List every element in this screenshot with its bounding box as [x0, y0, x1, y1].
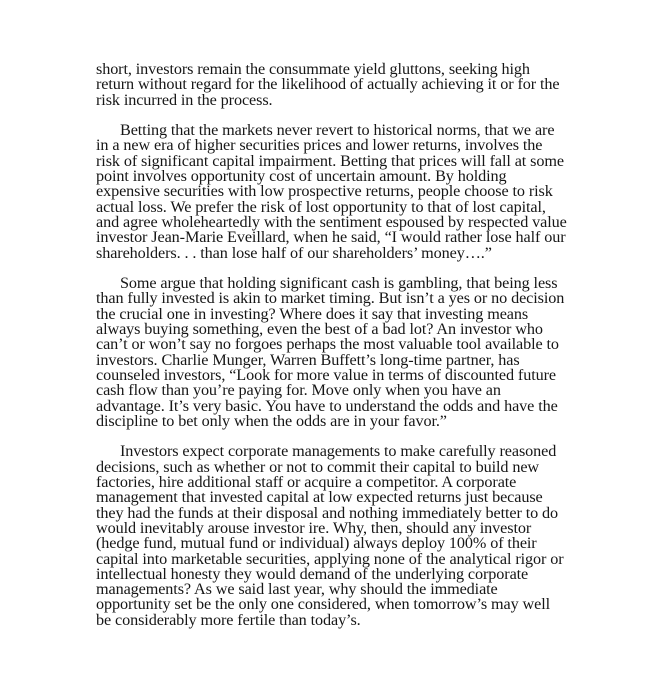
paragraph-corporate-managements: Investors expect corporate managements t…	[96, 444, 556, 628]
text-line: risk incurred in the process.	[96, 93, 556, 108]
paragraph-yield-gluttons: short, investors remain the consummate y…	[96, 62, 556, 108]
text-line: shareholders. . . than lose half of our …	[96, 246, 556, 261]
text-line: discipline to bet only when the odds are…	[96, 414, 556, 429]
paragraph-holding-cash: Some argue that holding significant cash…	[96, 276, 556, 429]
document-page: short, investors remain the consummate y…	[96, 62, 556, 643]
text-line: be considerably more fertile than today’…	[96, 613, 556, 628]
paragraph-betting-markets: Betting that the markets never revert to…	[96, 123, 556, 261]
